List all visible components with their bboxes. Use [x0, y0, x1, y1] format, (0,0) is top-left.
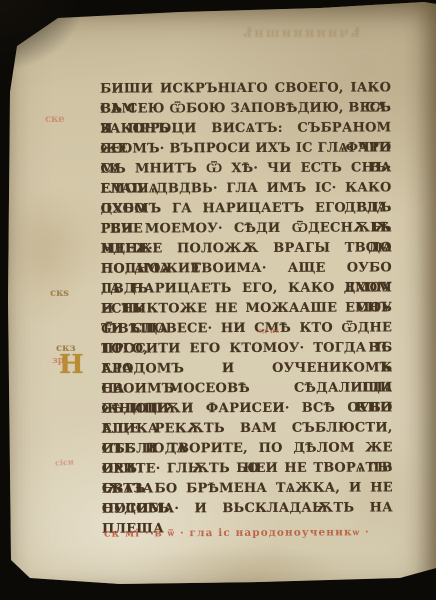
margin-faded-note: сіси: [55, 456, 74, 467]
margin-section-number-top: ске: [45, 114, 65, 125]
text-line: ГА НАРИЦАЕТЬ ЕГО, КАКО ЕМОУ ЕСТЬ СНЪ: [101, 278, 392, 299]
text-line: АРОДОМЪ И ОУЧЕНИКОМЪ СВОИМЪ ГЛѦ: [101, 358, 392, 379]
text-line: АЩЕ РЕКѪТЬ ВАМ СЪБЛЮСТИ, СЪБЛЮДА: [102, 418, 393, 439]
text-line: ОРИТЕ· ГЛѬТЬ БО И НЕ ТВОРѦТЪ· СВѦЗА: [102, 458, 393, 479]
text-line: ЕМОУ ДВДВЬ· ГЛА ИМЪ ІС· КАКО ОУБО ДВДЪ: [100, 178, 391, 199]
text-line: И НИКТОЖЕ НЕ МОЖААШЕ ЕМОУ ѾВѢЩА: [101, 298, 392, 319]
interlinear-red-gloss: ѿд нє: [258, 327, 280, 335]
parchment-page: ѣчннннишнѣ ске скѕ скз зр сіси Н БИШИ ИС…: [0, 0, 436, 600]
rubric-line: ск мі · в ѿ · гла іс народоноученикѡ ·: [104, 526, 340, 539]
text-line: НА МОСЕОВѢ СѢДАЛИЩИ СѢДОШѪ КНИ: [101, 378, 392, 399]
parchment-stain: [120, 548, 360, 588]
text-line: ЖНИЦИ И ФАРИСЕИ· ВСѢ ОУБО ЕЛИКА: [101, 398, 392, 419]
text-line: МЬ МНИТЪ Ѿ ХѢ· ЧИ ЕСТЬ СНЪ· ГЛАШѦ: [100, 158, 391, 179]
text-line: НОСИМА· И ВЬСКЛАДАѬТЬ НА ПЛЕЩА: [102, 498, 393, 519]
parchment-stain: [18, 190, 88, 330]
margin-section-number-1: скѕ: [50, 288, 69, 299]
text-line: БИШИ ИСКРЪНІАГО СВОЕГО, ІАКО САМ СА·: [100, 78, 391, 99]
text-line: ГВИ МОЕМОУ· СѢДИ ѾДЕСНѪѬ МЕНЕ· ДО: [101, 218, 392, 239]
text-line: ПРОСИТИ ЕГО КТОМОУ· ТОГДА ІС ГЛА К: [101, 338, 392, 359]
text-line: ТИ СЛОВЕСЕ· НИ СМѢ КТО ѾДНЕ ТОГО, ВЪ: [101, 318, 392, 339]
text-line: ИТЕ И ТВОРИТЕ, ПО ДѢЛОМ ЖЕ ИХЪ НЕ ТВ: [102, 438, 393, 459]
text-line: НДЕЖЕ ПОЛОЖѪ ВРАГЫ ТВОѨ ПОДНОЖИЕ: [101, 238, 392, 259]
gold-initial-letter: Н: [59, 352, 84, 378]
text-line: ДХОМЪ ГА НАРИЦАЕТЪ ЕГО ГЛѦ· РЕЧЕ ГЬ: [101, 198, 392, 219]
text-line: НОГАМА ТВОИМА· АЩЕ ОУБО ДВДЪ ДХОМ: [101, 258, 392, 279]
ink-showthrough-text: ѣчннннишнѣ: [150, 26, 360, 48]
text-line: ѬТЪ БО БРѢМЕНА ТѦЖКА, И НЕ ОУДОБЬ: [102, 478, 393, 499]
text-line: И ПРРОЦИ ВИСѦТЪ: СЪБРАНОМ ЖЕ ФАРИ: [100, 118, 391, 139]
manuscript-photo: ѣчннннишнѣ ске скѕ скз зр сіси Н БИШИ ИС…: [0, 0, 436, 600]
main-text-block: БИШИ ИСКРЪНІАГО СВОЕГО, ІАКО САМ СА· ВЬ …: [100, 78, 393, 519]
text-line: ВЬ СЕЮ ѾБОЮ ЗАПОВѢДИЮ, ВЕСЬ ЗАКОНЪ: [100, 98, 391, 119]
text-line: СЕОМЪ· ВЪПРОСИ ИХЪ ІС ГЛѦ· ЧТО СѦ ВА: [100, 138, 391, 159]
